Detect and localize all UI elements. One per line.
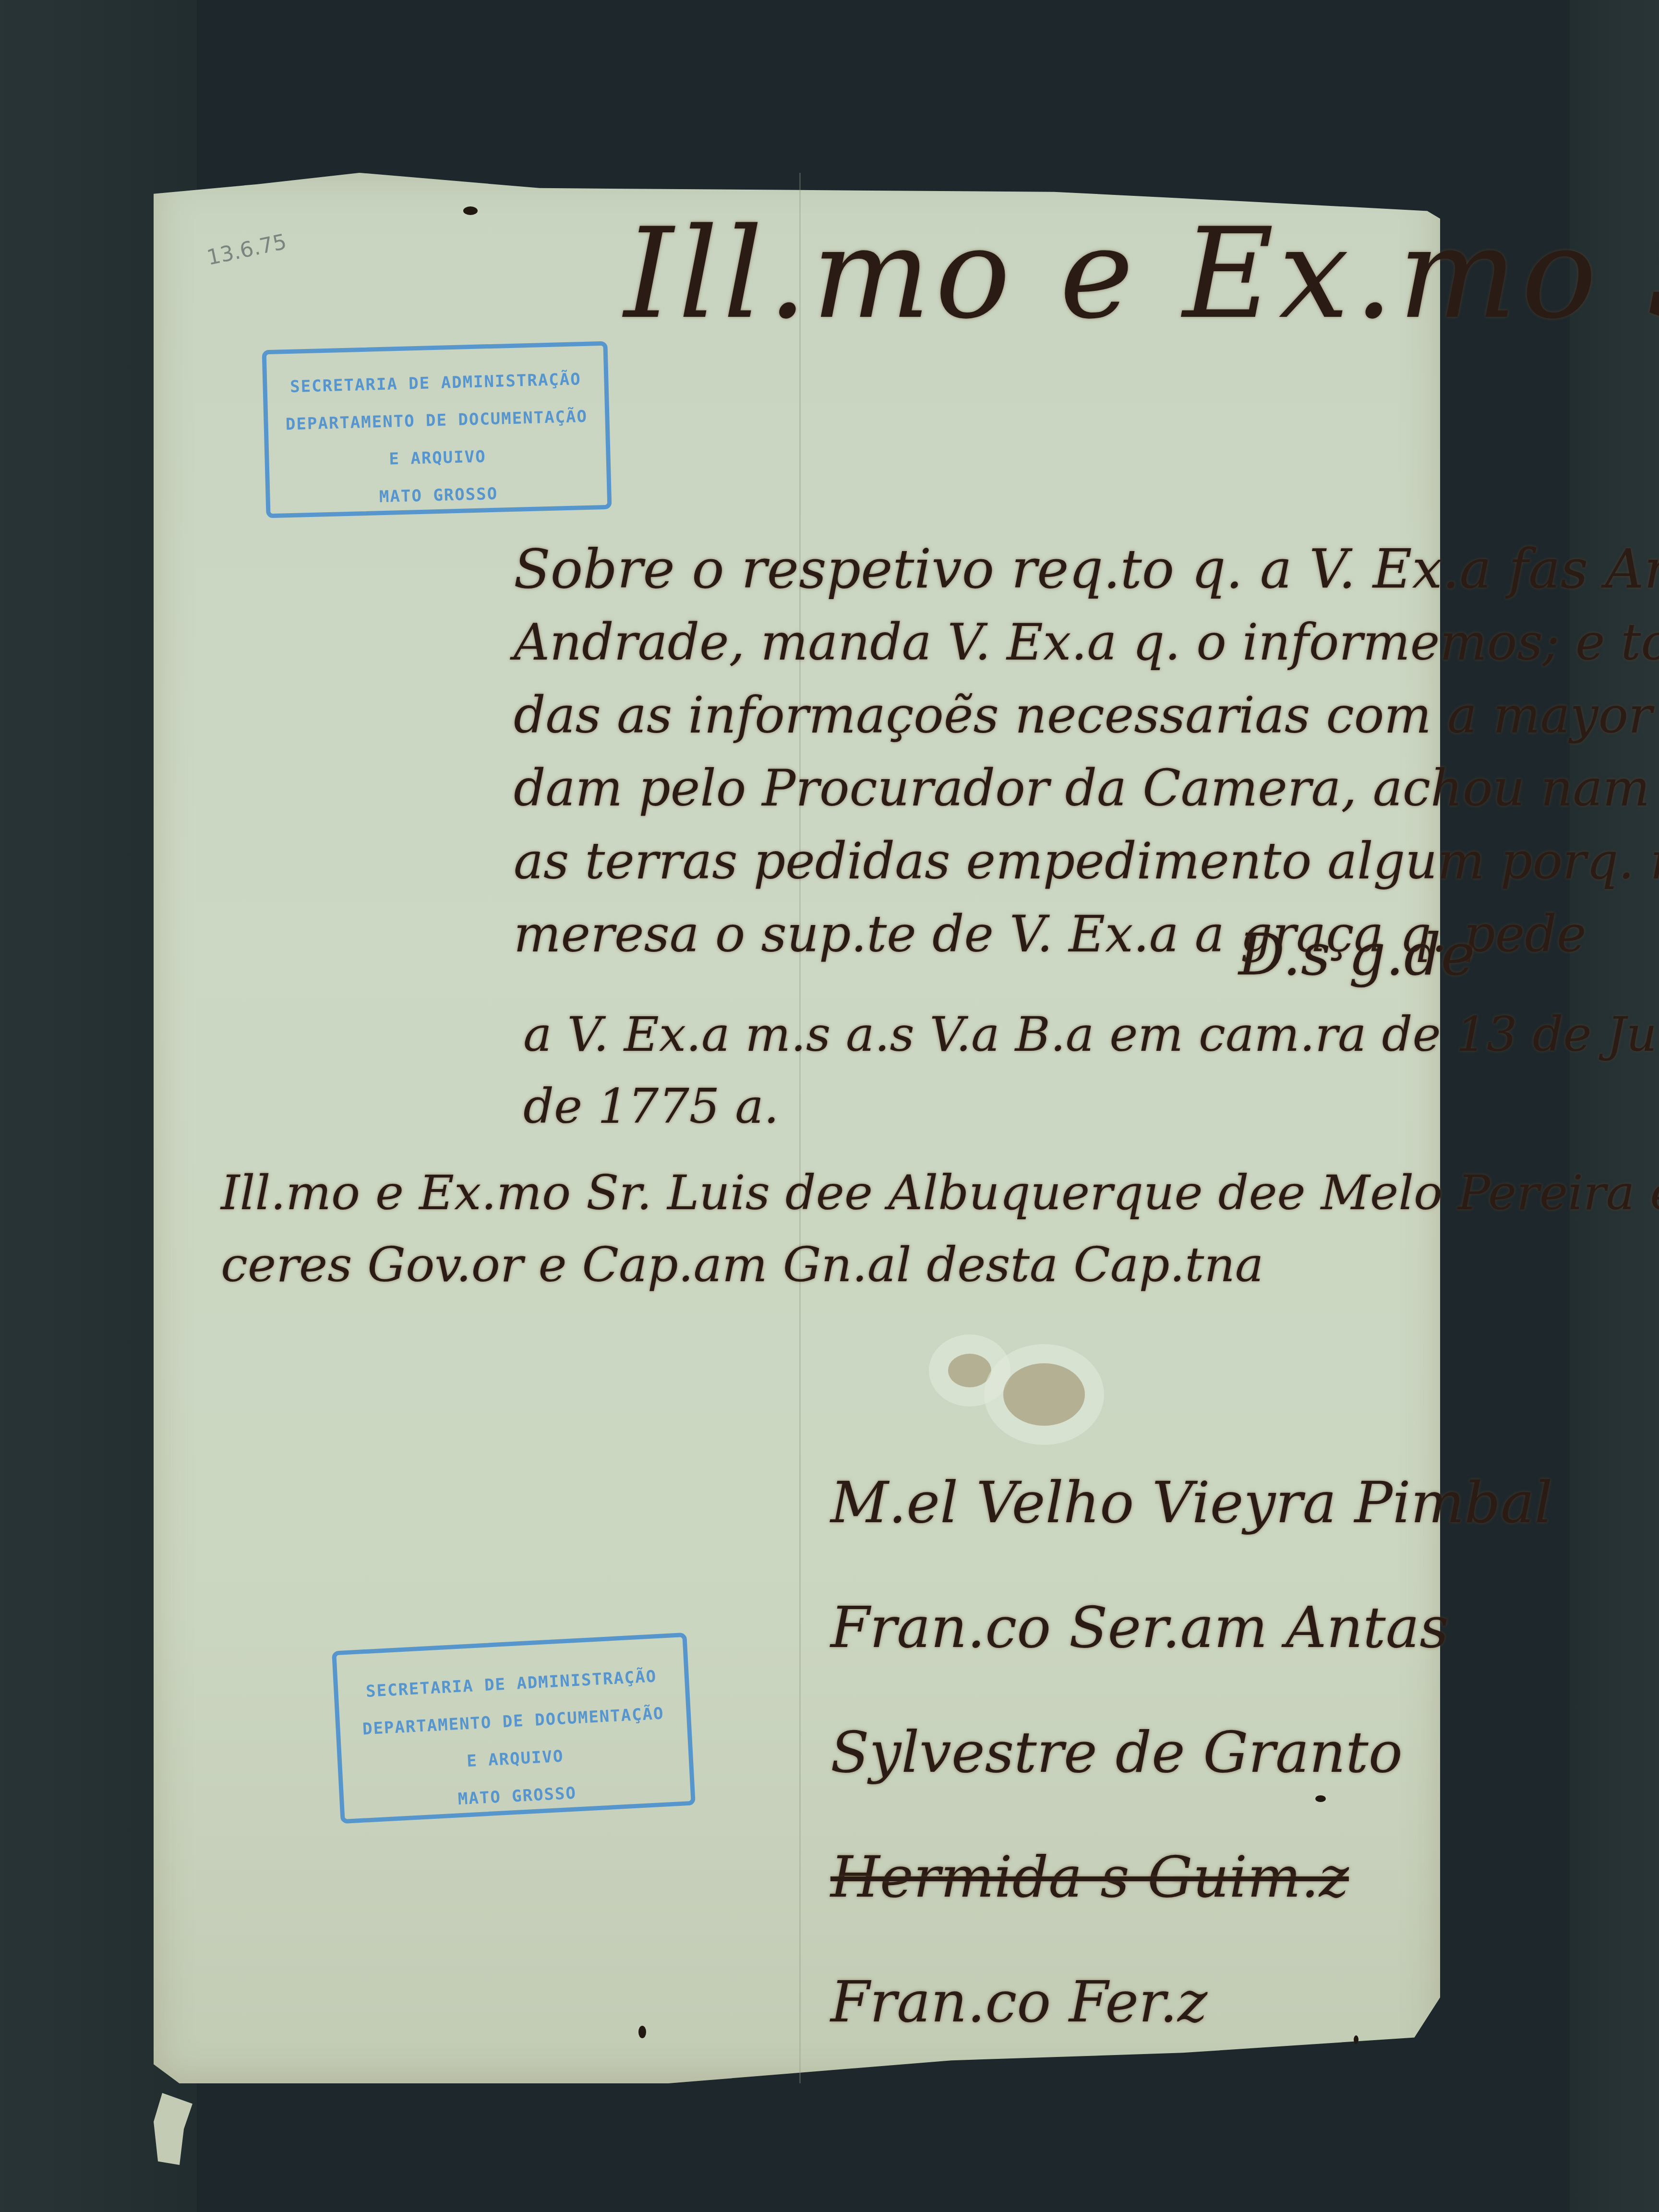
body-line: Andrade, manda V. Ex.a q. o informemos; … (514, 606, 1426, 679)
signature: Sylvestre de Granto (830, 1690, 1552, 1815)
closing-formula: a V. Ex.a m.s a.s V.a B.a em cam.ra de 1… (523, 998, 1659, 1142)
signature: M.el Velho Vieyra Pimbal (830, 1440, 1552, 1565)
closing-date-line: de 1775 a. (523, 1070, 1659, 1142)
addressee-line: Ill.mo e Ex.mo Sr. Luis dee Albuquerque … (221, 1157, 1659, 1229)
salutation-heading: Ill.mo e Ex.mo Sr. (624, 202, 1659, 347)
addressee: Ill.mo e Ex.mo Sr. Luis dee Albuquerque … (221, 1157, 1659, 1301)
signature: Fran.co Ser.am Antas (830, 1565, 1552, 1690)
ink-blot (463, 206, 478, 215)
body-line: das as informaçoẽs necessarias com a may… (514, 679, 1426, 752)
water-stain (948, 1354, 991, 1387)
body-line: Sobre o respetivo req.to q. a V. Ex.a fa… (514, 533, 1426, 606)
addressee-line: ceres Gov.or e Cap.am Gn.al desta Cap.tn… (221, 1229, 1659, 1301)
letter-body: Sobre o respetivo req.to q. a V. Ex.a fa… (514, 533, 1426, 971)
signature: Hermida s Guim.z (830, 1815, 1552, 1939)
signature: Fran.co Fer.z (830, 1939, 1552, 2064)
signature-block: M.el Velho Vieyra Pimbal Fran.co Ser.am … (830, 1440, 1552, 2064)
archive-stamp-bottom: SECRETARIA DE ADMINISTRAÇÃO DEPARTAMENTO… (332, 1633, 696, 1824)
water-stain (1003, 1363, 1085, 1426)
closing-line: a V. Ex.a m.s a.s V.a B.a em cam.ra de 1… (523, 998, 1659, 1070)
archive-stamp-top: SECRETARIA DE ADMINISTRAÇÃO DEPARTAMENTO… (262, 341, 612, 518)
body-line: as terras pedidas empedimento algum porq… (514, 825, 1426, 898)
closing-abbreviation: D.s g.de (1238, 922, 1475, 988)
body-line: dam pelo Procurador da Camera, achou nam… (514, 752, 1426, 825)
ink-blot (638, 2026, 646, 2038)
